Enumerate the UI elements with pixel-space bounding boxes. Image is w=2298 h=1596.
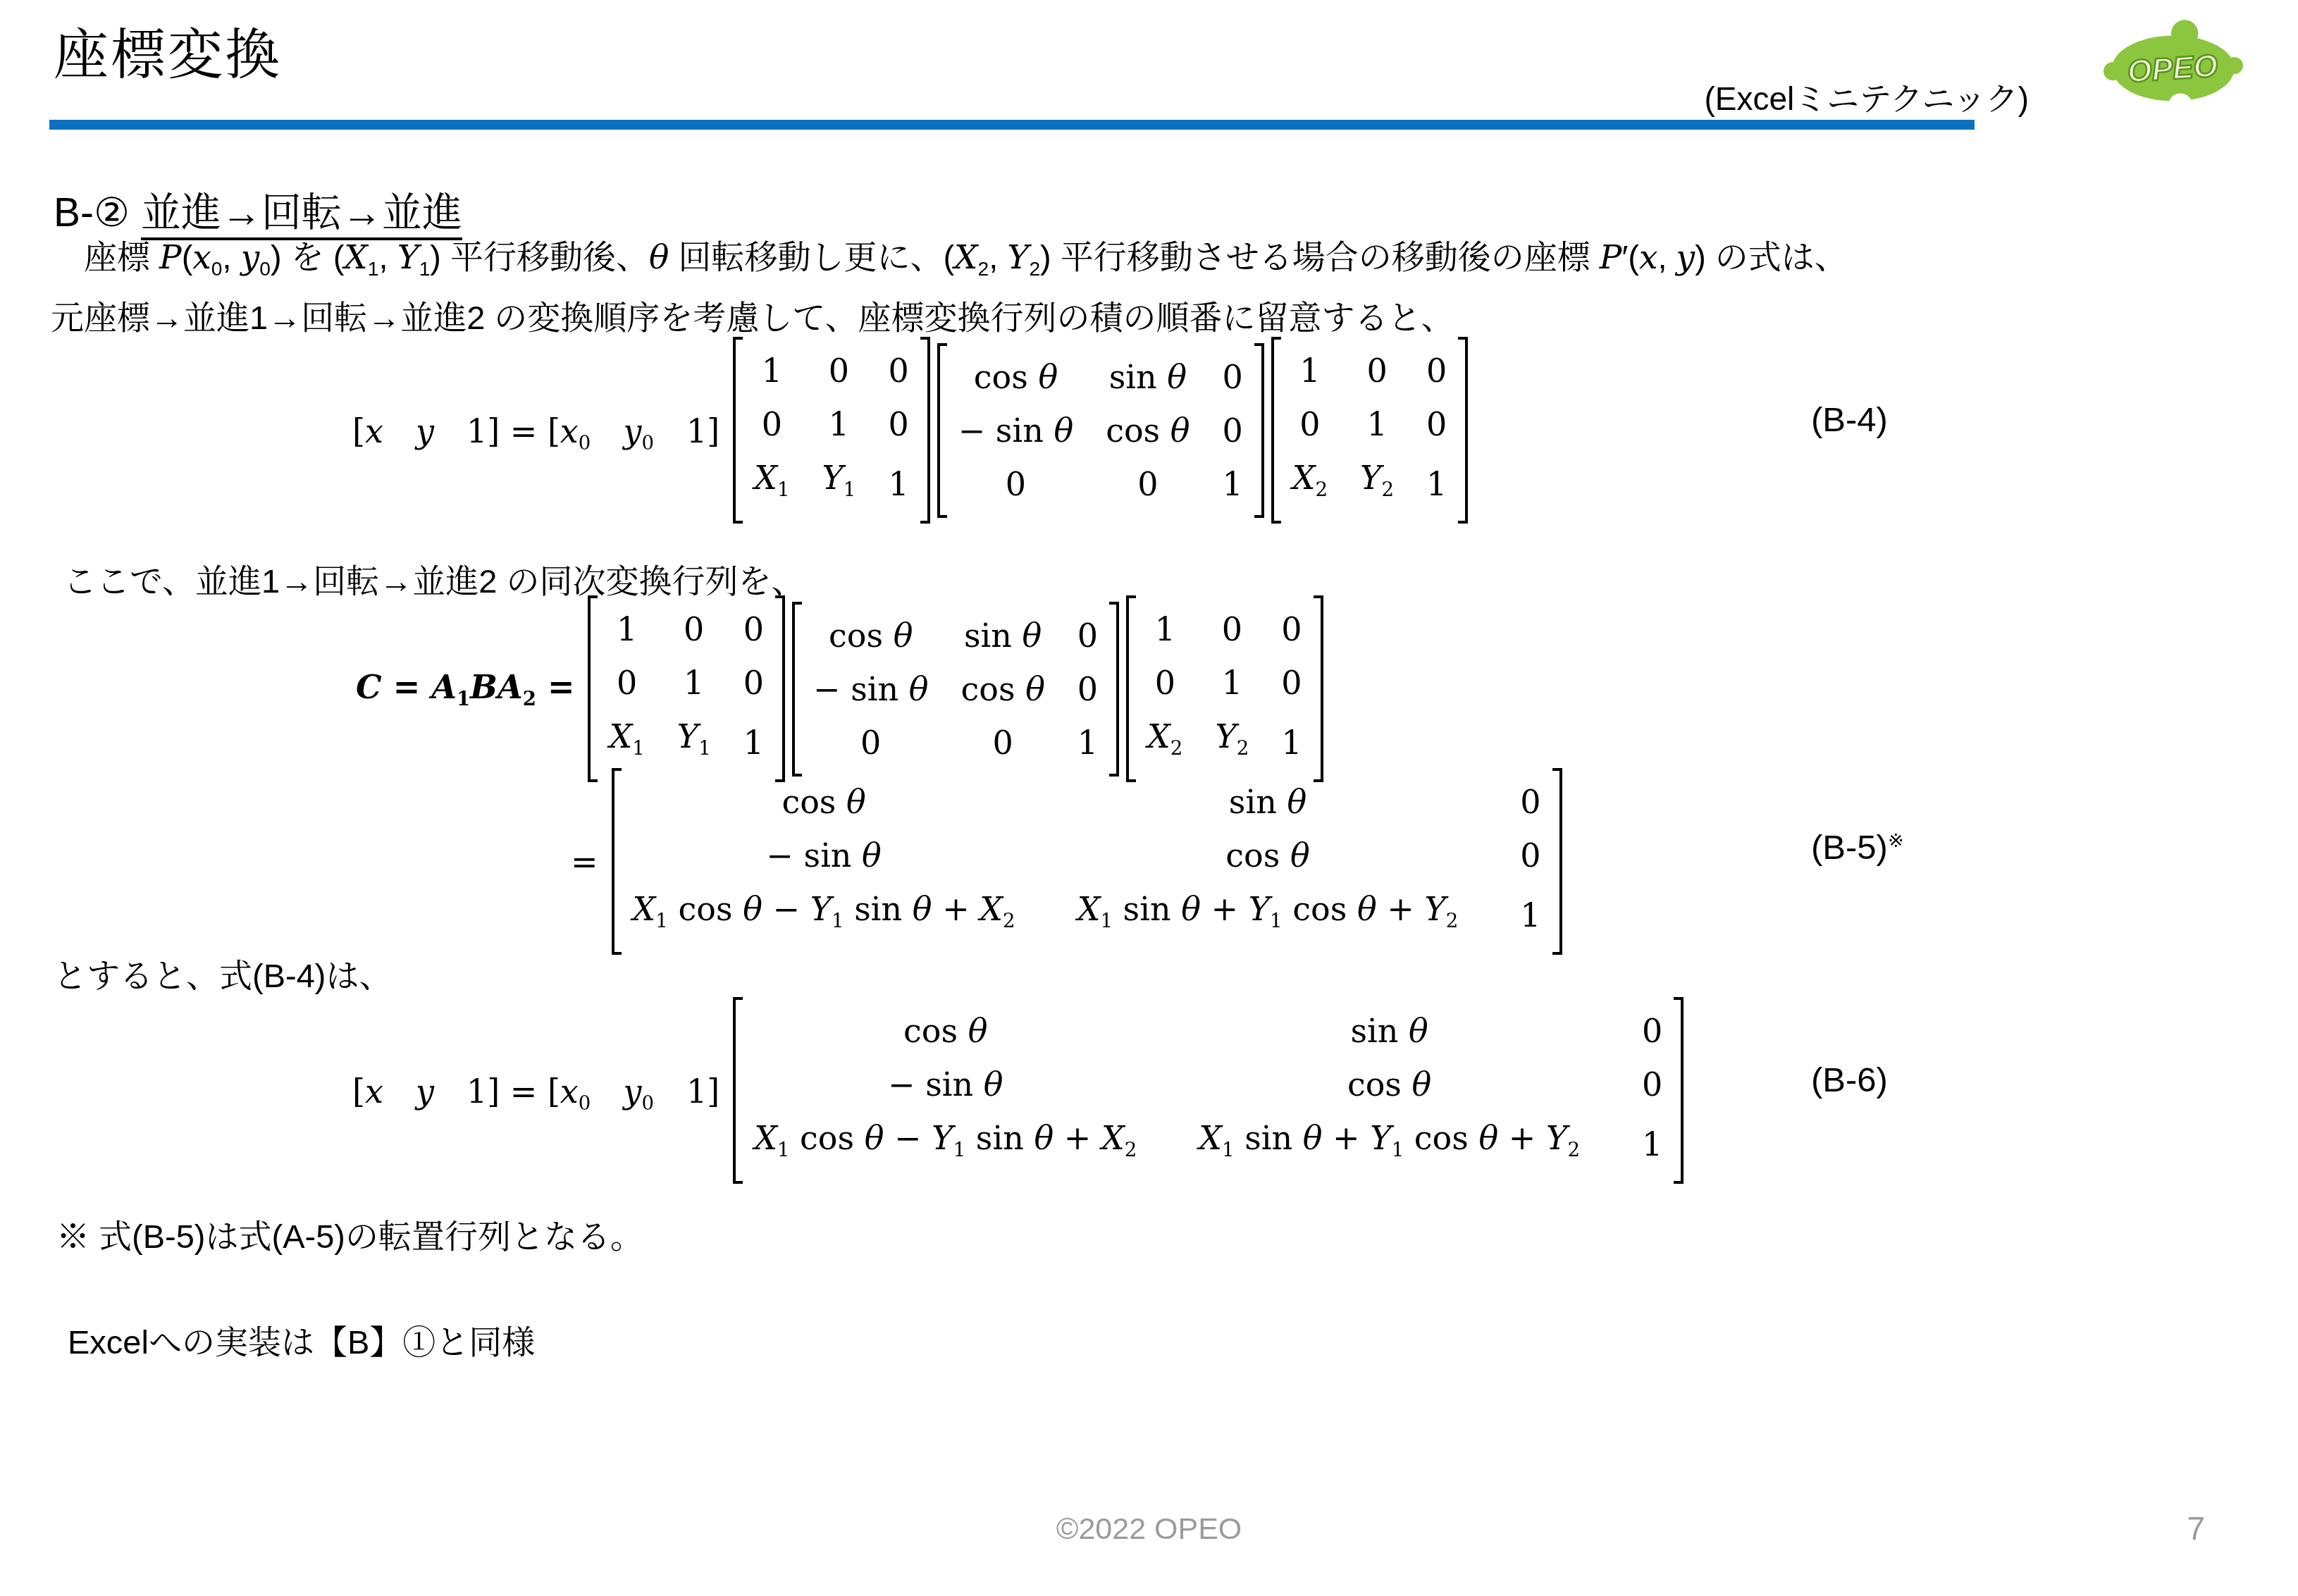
matrix-combined: cos θsin θ0− sin θcos θ0X1 cos θ − Y1 si… [612, 768, 1562, 955]
matrix-cell: 0 [743, 656, 764, 710]
section-heading: B-② 並進→回転→並進 [54, 180, 462, 238]
matrix-cell: 1 [1299, 344, 1320, 397]
matrix-bracket-left [733, 337, 743, 524]
matrix-cell: sin θ [1109, 350, 1187, 404]
matrix-cell: − sin θ [958, 404, 1073, 457]
equation-c: C = A1BA2 = 100010X1Y11 cos θsin θ0− sin… [356, 595, 1327, 782]
eq-b5-label: (B-5)※ [1811, 828, 1903, 867]
matrix-bracket-left [588, 595, 598, 782]
matrix-cell: 0 [1299, 397, 1320, 451]
eq-b4-lhs: [x y 1] = [x0 y0 1] [352, 406, 719, 454]
logo-text: OPEO [2126, 49, 2219, 89]
matrix-cell: 1 [1223, 457, 1243, 511]
matrix-grid: 100010X2Y21 [1136, 595, 1314, 782]
matrix-cell: 0 [762, 397, 782, 451]
eq-b5-label-text: (B-5) [1811, 829, 1888, 867]
matrix-cell: 1 [1222, 656, 1242, 710]
matrix-cell: 1 [888, 457, 908, 511]
matrix-cell: cos θ [1106, 404, 1190, 457]
matrix-cell: X2 [1292, 451, 1328, 516]
intro-line-1: 座標 P(x0, y0) を (X1, Y1) 平行移動後、θ 回転移動し更に、… [51, 233, 1848, 293]
matrix-cell: 0 [888, 397, 908, 451]
opeo-logo: OPEO [2102, 18, 2244, 113]
matrix-cell: 1 [1642, 1118, 1662, 1171]
slide: 座標変換 (Excelミニテクニック) OPEO B-② 並進→回転→並進 座標… [0, 0, 2298, 1596]
matrix-cell: cos θ [974, 350, 1058, 404]
matrix-cell: 0 [1077, 662, 1098, 716]
matrix-combined: cos θsin θ0− sin θcos θ0X1 cos θ − Y1 si… [733, 997, 1684, 1184]
matrix-cell: X2 [1147, 710, 1182, 775]
matrix-cell: cos θ [782, 775, 865, 829]
matrix-translate1: 100010X1Y11 [733, 337, 930, 524]
matrix-bracket-left [937, 343, 947, 518]
eq-b5-lhs: = [571, 843, 598, 881]
title-rule [49, 120, 1975, 130]
matrix-cell: 0 [617, 656, 637, 710]
matrix-cell: 0 [1426, 344, 1447, 397]
header-tagline: (Excelミニテクニック) [1704, 73, 2029, 120]
matrix-translate1: 100010X1Y11 [588, 595, 785, 782]
equation-b4: [x y 1] = [x0 y0 1] 100010X1Y11 cos θsin… [352, 337, 1471, 524]
matrix-cell: 1 [829, 397, 849, 451]
matrix-cell: 0 [829, 344, 849, 397]
eq-b6-label: (B-6) [1811, 1060, 1888, 1100]
matrix-cell: cos θ [1225, 829, 1309, 882]
matrix-cell: cos θ [1347, 1058, 1431, 1111]
matrix-cell: sin θ [1350, 1004, 1428, 1058]
matrix-cell: cos θ [829, 609, 913, 662]
footer-copyright: ©2022 OPEO [0, 1512, 2298, 1547]
matrix-cell: 0 [743, 602, 764, 656]
page-number: 7 [2187, 1509, 2205, 1547]
matrix-translate2: 100010X2Y21 [1271, 337, 1469, 524]
matrix-bracket-right [1314, 595, 1323, 782]
matrix-grid: cos θsin θ0− sin θcos θ0001 [802, 602, 1109, 777]
eq-b6-lhs: [x y 1] = [x0 y0 1] [352, 1066, 719, 1115]
matrix-cell: 1 [743, 716, 764, 769]
matrix-cell: 0 [888, 344, 908, 397]
page-title: 座標変換 [54, 11, 282, 90]
matrix-cell: X1 [609, 710, 644, 775]
matrix-rotation: cos θsin θ0− sin θcos θ0001 [792, 602, 1119, 777]
equation-b6: [x y 1] = [x0 y0 1] cos θsin θ0− sin θco… [352, 997, 1687, 1184]
matrix-grid: 100010X2Y21 [1281, 337, 1459, 524]
matrix-cell: sin θ [1229, 775, 1306, 829]
matrix-cell: 1 [762, 344, 782, 397]
matrix-bracket-right [1109, 602, 1119, 777]
matrix-cell: − sin θ [813, 662, 928, 716]
matrix-cell: 0 [860, 716, 881, 769]
matrix-cell: 1 [684, 656, 704, 710]
excel-line: Excelへの実装は【B】①と同様 [68, 1316, 535, 1363]
matrix-cell: 0 [1642, 1058, 1662, 1111]
matrix-cell: Y2 [1360, 451, 1394, 516]
matrix-cell: 1 [617, 602, 637, 656]
matrix-cell: 0 [1222, 602, 1242, 656]
matrix-cell: 0 [1155, 656, 1175, 710]
matrix-bracket-right [920, 337, 930, 524]
matrix-cell: 0 [1006, 457, 1026, 511]
matrix-cell: 0 [684, 602, 704, 656]
matrix-cell: 1 [1281, 716, 1302, 769]
matrix-bracket-left [733, 997, 743, 1184]
matrix-bracket-right [1674, 997, 1684, 1184]
matrix-bracket-left [612, 768, 622, 955]
intro-paragraph: 座標 P(x0, y0) を (X1, Y1) 平行移動後、θ 回転移動し更に、… [51, 233, 1848, 342]
matrix-cell: Y1 [677, 710, 711, 775]
section-heading-prefix: B-② [54, 190, 141, 235]
matrix-bracket-left [792, 602, 802, 777]
matrix-bracket-left [1271, 337, 1281, 524]
matrix-cell: Y1 [822, 451, 855, 516]
matrix-bracket-left [1126, 595, 1136, 782]
matrix-cell: 0 [1281, 602, 1302, 656]
matrix-cell: X1 sin θ + Y1 cos θ + Y2 [1077, 882, 1459, 948]
matrix-cell: 0 [1426, 397, 1447, 451]
matrix-grid: cos θsin θ0− sin θcos θ0001 [947, 343, 1254, 518]
matrix-cell: 1 [1155, 602, 1175, 656]
matrix-cell: X1 [754, 451, 789, 516]
matrix-grid: cos θsin θ0− sin θcos θ0X1 cos θ − Y1 si… [743, 997, 1674, 1184]
matrix-bracket-right [1552, 768, 1562, 955]
matrix-rotation: cos θsin θ0− sin θcos θ0001 [937, 343, 1264, 518]
matrix-cell: Y2 [1215, 710, 1249, 775]
matrix-cell: 0 [992, 716, 1013, 769]
matrix-cell: − sin θ [888, 1058, 1003, 1111]
matrix-cell: sin θ [964, 609, 1042, 662]
note-line: ※ 式(B-5)は式(A-5)の転置行列となる。 [56, 1211, 643, 1258]
matrix-cell: 0 [1520, 775, 1540, 829]
matrix-cell: − sin θ [766, 829, 881, 882]
matrix-cell: cos θ [903, 1004, 987, 1058]
intro-line-2: 元座標→並進1→回転→並進2 の変換順序を考慮して、座標変換行列の積の順番に留意… [51, 293, 1848, 342]
then-line: とすると、式(B-4)は、 [54, 950, 392, 997]
equation-b5: = cos θsin θ0− sin θcos θ0X1 cos θ − Y1 … [571, 768, 1566, 955]
matrix-cell: X1 cos θ − Y1 sin θ + X2 [754, 1111, 1137, 1177]
matrix-translate2: 100010X2Y21 [1126, 595, 1323, 782]
eq-b5-label-sup: ※ [1888, 830, 1904, 851]
matrix-grid: 100010X1Y11 [743, 337, 920, 524]
matrix-cell: 0 [1137, 457, 1158, 511]
eq-b4-label: (B-4) [1811, 400, 1888, 440]
matrix-grid: 100010X1Y11 [598, 595, 775, 782]
matrix-cell: 1 [1520, 889, 1540, 942]
matrix-bracket-right [775, 595, 785, 782]
matrix-bracket-right [1254, 343, 1264, 518]
matrix-cell: X1 cos θ − Y1 sin θ + X2 [633, 882, 1015, 948]
matrix-cell: 0 [1077, 609, 1098, 662]
matrix-cell: 0 [1223, 350, 1243, 404]
matrix-cell: 1 [1077, 716, 1098, 769]
matrix-cell: 0 [1281, 656, 1302, 710]
matrix-cell: 0 [1520, 829, 1540, 882]
matrix-bracket-right [1458, 337, 1468, 524]
matrix-cell: X1 sin θ + Y1 cos θ + Y2 [1199, 1111, 1580, 1177]
matrix-cell: 1 [1366, 397, 1387, 451]
eq-c-lhs: C = A1BA2 = [356, 668, 574, 710]
matrix-cell: 0 [1223, 404, 1243, 457]
matrix-cell: 0 [1642, 1004, 1662, 1058]
matrix-cell: 1 [1426, 457, 1447, 511]
matrix-cell: cos θ [960, 662, 1044, 716]
matrix-grid: cos θsin θ0− sin θcos θ0X1 cos θ − Y1 si… [622, 768, 1552, 955]
matrix-cell: 0 [1366, 344, 1387, 397]
